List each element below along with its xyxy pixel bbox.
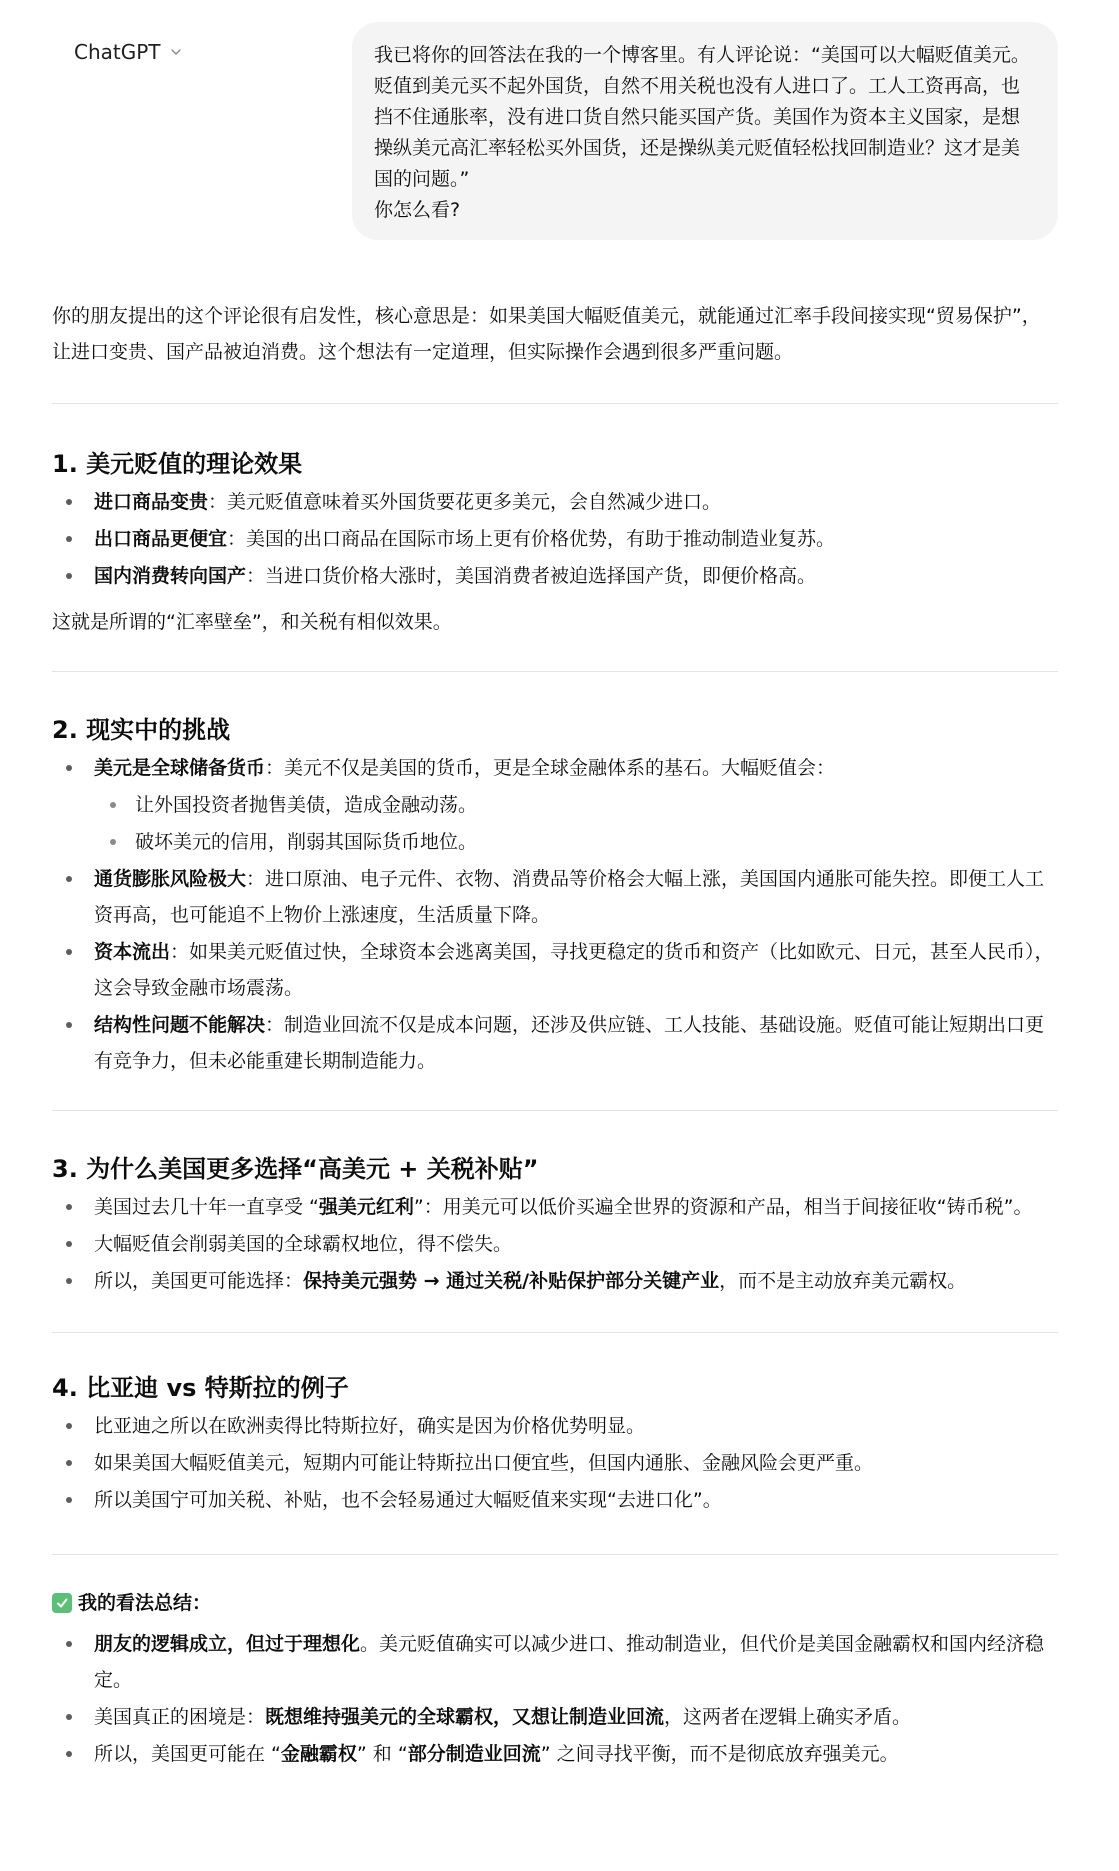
list-item: 如果美国大幅贬值美元，短期内可能让特斯拉出口便宜些，但国内通胀、金融风险会更严重… xyxy=(52,1445,1058,1481)
list-item: 大幅贬值会削弱美国的全球霸权地位，得不偿失。 xyxy=(52,1226,1058,1262)
list-item: 出口商品更便宜：美国的出口商品在国际市场上更有价格优势，有助于推动制造业复苏。 xyxy=(52,521,1058,557)
list-item: 进口商品变贵：美元贬值意味着买外国货要花更多美元，会自然减少进口。 xyxy=(52,484,1058,520)
divider xyxy=(52,671,1058,672)
section-4-list: 比亚迪之所以在欧洲卖得比特斯拉好，确实是因为价格优势明显。 如果美国大幅贬值美元… xyxy=(52,1408,1058,1518)
list-item: 通货膨胀风险极大：进口原油、电子元件、衣物、消费品等价格会大幅上涨，美国国内通胀… xyxy=(52,861,1058,933)
section-2-title: 2. 现实中的挑战 xyxy=(52,713,1058,747)
list-item: 美国真正的困境是：既想维持强美元的全球霸权，又想让制造业回流，这两者在逻辑上确实… xyxy=(52,1699,1058,1735)
divider xyxy=(52,1554,1058,1555)
assistant-response: 你的朋友提出的这个评论很有启发性，核心意思是：如果美国大幅贬值美元，就能通过汇率… xyxy=(52,298,1058,1773)
list-item: 所以，美国更可能选择：保持美元强势 → 通过关税/补贴保护部分关键产业，而不是主… xyxy=(52,1263,1058,1299)
section-1-title: 1. 美元贬值的理论效果 xyxy=(52,447,1058,481)
chevron-down-icon xyxy=(169,45,183,59)
list-item: 美元是全球储备货币：美元不仅是美国的货币，更是全球金融体系的基石。大幅贬值会： xyxy=(52,750,1058,786)
list-item: 朋友的逻辑成立，但过于理想化。美元贬值确实可以减少进口、推动制造业，但代价是美国… xyxy=(52,1626,1058,1698)
model-label: ChatGPT xyxy=(74,40,161,64)
section-3-list: 美国过去几十年一直享受 “强美元红利”：用美元可以低价买遍全世界的资源和产品，相… xyxy=(52,1189,1058,1299)
section-3-title: 3. 为什么美国更多选择“高美元 + 关税补贴” xyxy=(52,1152,1058,1186)
list-item: 美国过去几十年一直享受 “强美元红利”：用美元可以低价买遍全世界的资源和产品，相… xyxy=(52,1189,1058,1225)
list-item: 国内消费转向国产：当进口货价格大涨时，美国消费者被迫选择国产货，即便价格高。 xyxy=(52,558,1058,594)
section-2-list-continued: 通货膨胀风险极大：进口原油、电子元件、衣物、消费品等价格会大幅上涨，美国国内通胀… xyxy=(52,861,1058,1079)
section-1-closing: 这就是所谓的“汇率壁垒”，和关税有相似效果。 xyxy=(52,604,1058,640)
sub-list-item: 让外国投资者抛售美债，造成金融动荡。 xyxy=(52,787,1058,823)
response-intro: 你的朋友提出的这个评论很有启发性，核心意思是：如果美国大幅贬值美元，就能通过汇率… xyxy=(52,298,1058,370)
list-item: 所以美国宁可加关税、补贴，也不会轻易通过大幅贬值来实现“去进口化”。 xyxy=(52,1482,1058,1518)
user-message-text: 我已将你的回答法在我的一个博客里。有人评论说：“美国可以大幅贬值美元。贬值到美元… xyxy=(374,40,1036,195)
list-item: 结构性问题不能解决：制造业回流不仅是成本问题，还涉及供应链、工人技能、基础设施。… xyxy=(52,1007,1058,1079)
summary-list: 朋友的逻辑成立，但过于理想化。美元贬值确实可以减少进口、推动制造业，但代价是美国… xyxy=(52,1626,1058,1772)
divider xyxy=(52,1110,1058,1111)
section-4-title: 4. 比亚迪 vs 特斯拉的例子 xyxy=(52,1371,1058,1405)
summary-title: 我的看法总结： xyxy=(78,1586,211,1620)
sub-list-item: 破坏美元的信用，削弱其国际货币地位。 xyxy=(52,824,1058,860)
check-mark-button-icon xyxy=(52,1593,72,1613)
summary-heading: 我的看法总结： xyxy=(52,1586,1058,1620)
divider xyxy=(52,1332,1058,1333)
divider xyxy=(52,403,1058,404)
model-selector[interactable]: ChatGPT xyxy=(74,40,183,64)
list-item: 比亚迪之所以在欧洲卖得比特斯拉好，确实是因为价格优势明显。 xyxy=(52,1408,1058,1444)
user-message-question: 你怎么看? xyxy=(374,195,1036,226)
section-1-list: 进口商品变贵：美元贬值意味着买外国货要花更多美元，会自然减少进口。 出口商品更便… xyxy=(52,484,1058,594)
list-item: 资本流出：如果美元贬值过快，全球资本会逃离美国，寻找更稳定的货币和资产（比如欧元… xyxy=(52,934,1058,1006)
list-item: 所以，美国更可能在 “金融霸权” 和 “部分制造业回流” 之间寻找平衡，而不是彻… xyxy=(52,1736,1058,1772)
user-message-bubble: 我已将你的回答法在我的一个博客里。有人评论说：“美国可以大幅贬值美元。贬值到美元… xyxy=(352,22,1058,240)
section-2-list: 美元是全球储备货币：美元不仅是美国的货币，更是全球金融体系的基石。大幅贬值会： xyxy=(52,750,1058,786)
section-2-sublist: 让外国投资者抛售美债，造成金融动荡。 破坏美元的信用，削弱其国际货币地位。 xyxy=(52,787,1058,860)
